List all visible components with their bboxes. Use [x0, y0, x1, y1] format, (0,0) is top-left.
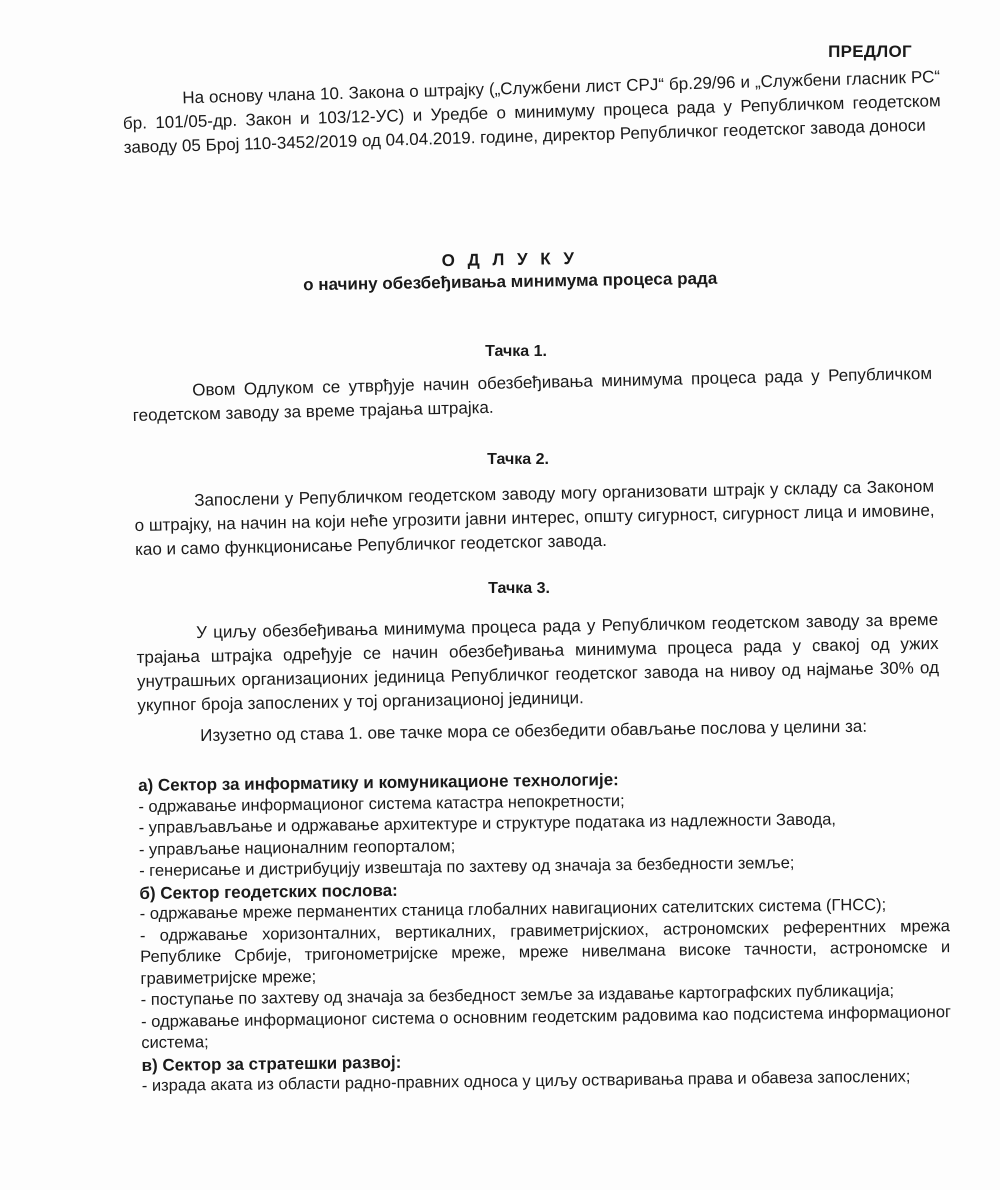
section-2-text: Запослени у Републичком геодетском завод…	[134, 475, 935, 562]
section-2-heading: Тачка 2.	[448, 451, 588, 469]
proposal-label: ПРЕДЛОГ	[828, 42, 912, 62]
sector-list: а) Сектор за информатику и комуникационе…	[138, 765, 952, 1097]
section-1-text: Овом Одлуком се утврђује начин обезбеђив…	[132, 362, 933, 428]
section-3-text: У циљу обезбеђивања минимума процеса рад…	[136, 608, 940, 718]
title-block: О Д Л У К У о начину обезбеђивања миниму…	[250, 246, 771, 296]
sector-b-item: - одржавање хоризонталних, вертикалних, …	[140, 916, 951, 990]
section-3-text-2: Изузетно од става 1. ове тачке мора се о…	[200, 714, 940, 748]
intro-paragraph: На основу члана 10. Закона о штрајку („С…	[122, 65, 942, 160]
section-1-heading: Тачка 1.	[446, 343, 586, 361]
document-page: ПРЕДЛОГ На основу члана 10. Закона о штр…	[0, 0, 1000, 1190]
section-3-heading: Тачка 3.	[449, 580, 589, 598]
